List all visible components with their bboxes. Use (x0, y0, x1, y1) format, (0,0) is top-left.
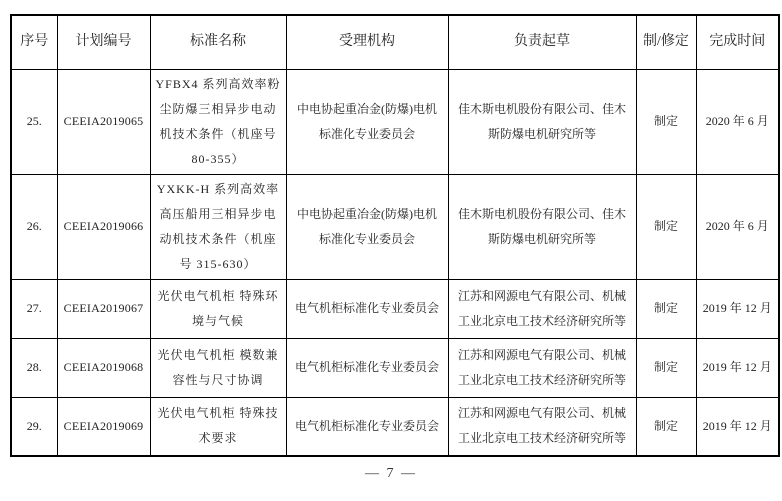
cell-no: 27. (11, 279, 57, 338)
cell-plan-id: CEEIA2019067 (57, 279, 150, 338)
page-number: — 7 — (0, 466, 782, 482)
header-no: 序号 (11, 15, 57, 69)
table-row: 28. CEEIA2019068 光伏电气机柜 模数兼容性与尺寸协调 电气机柜标… (11, 338, 779, 397)
table-row: 27. CEEIA2019067 光伏电气机柜 特殊环境与气候 电气机柜标准化专… (11, 279, 779, 338)
cell-make-or-revise: 制定 (636, 279, 696, 338)
cell-standard-name: 光伏电气机柜 特殊环境与气候 (150, 279, 286, 338)
cell-accepting-org: 电气机柜标准化专业委员会 (286, 279, 448, 338)
cell-make-or-revise: 制定 (636, 69, 696, 174)
cell-accepting-org: 中电协起重冶金(防爆)电机标准化专业委员会 (286, 69, 448, 174)
cell-plan-id: CEEIA2019069 (57, 397, 150, 456)
cell-completion-date: 2020 年 6 月 (696, 69, 779, 174)
table-row: 26. CEEIA2019066 YXKK-H 系列高效率高压船用三相异步电动机… (11, 174, 779, 279)
cell-no: 25. (11, 69, 57, 174)
cell-drafting-org: 佳木斯电机股份有限公司、佳木斯防爆电机研究所等 (448, 69, 636, 174)
cell-plan-id: CEEIA2019066 (57, 174, 150, 279)
cell-standard-name: YFBX4 系列高效率粉尘防爆三相异步电动机技术条件（机座号 80-355） (150, 69, 286, 174)
header-standard-name: 标准名称 (150, 15, 286, 69)
cell-no: 26. (11, 174, 57, 279)
table-header-row: 序号 计划编号 标准名称 受理机构 负责起草 制/修定 完成时间 (11, 15, 779, 69)
cell-drafting-org: 江苏和网源电气有限公司、机械工业北京电工技术经济研究所等 (448, 279, 636, 338)
cell-standard-name: 光伏电气机柜 特殊技术要求 (150, 397, 286, 456)
cell-drafting-org: 佳木斯电机股份有限公司、佳木斯防爆电机研究所等 (448, 174, 636, 279)
cell-completion-date: 2019 年 12 月 (696, 279, 779, 338)
cell-accepting-org: 电气机柜标准化专业委员会 (286, 397, 448, 456)
cell-drafting-org: 江苏和网源电气有限公司、机械工业北京电工技术经济研究所等 (448, 338, 636, 397)
cell-drafting-org: 江苏和网源电气有限公司、机械工业北京电工技术经济研究所等 (448, 397, 636, 456)
cell-plan-id: CEEIA2019065 (57, 69, 150, 174)
header-accepting-org: 受理机构 (286, 15, 448, 69)
cell-make-or-revise: 制定 (636, 397, 696, 456)
cell-standard-name: YXKK-H 系列高效率高压船用三相异步电动机技术条件（机座号 315-630） (150, 174, 286, 279)
cell-make-or-revise: 制定 (636, 338, 696, 397)
cell-make-or-revise: 制定 (636, 174, 696, 279)
cell-standard-name: 光伏电气机柜 模数兼容性与尺寸协调 (150, 338, 286, 397)
cell-completion-date: 2019 年 12 月 (696, 397, 779, 456)
table-row: 29. CEEIA2019069 光伏电气机柜 特殊技术要求 电气机柜标准化专业… (11, 397, 779, 456)
header-make-or-revise: 制/修定 (636, 15, 696, 69)
cell-completion-date: 2019 年 12 月 (696, 338, 779, 397)
cell-no: 29. (11, 397, 57, 456)
header-drafting-org: 负责起草 (448, 15, 636, 69)
cell-completion-date: 2020 年 6 月 (696, 174, 779, 279)
header-completion-date: 完成时间 (696, 15, 779, 69)
cell-accepting-org: 电气机柜标准化专业委员会 (286, 338, 448, 397)
table-row: 25. CEEIA2019065 YFBX4 系列高效率粉尘防爆三相异步电动机技… (11, 69, 779, 174)
standards-plan-table: 序号 计划编号 标准名称 受理机构 负责起草 制/修定 完成时间 25. CEE… (10, 14, 780, 457)
cell-plan-id: CEEIA2019068 (57, 338, 150, 397)
header-plan-id: 计划编号 (57, 15, 150, 69)
document-page: 序号 计划编号 标准名称 受理机构 负责起草 制/修定 完成时间 25. CEE… (0, 0, 782, 501)
cell-accepting-org: 中电协起重冶金(防爆)电机标准化专业委员会 (286, 174, 448, 279)
cell-no: 28. (11, 338, 57, 397)
